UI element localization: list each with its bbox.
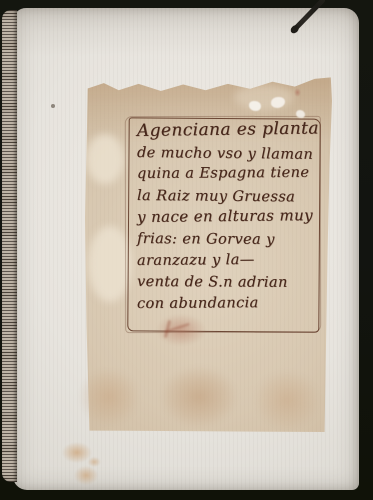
red-speck <box>294 88 301 97</box>
note-bottom-stain <box>160 366 238 428</box>
note-light-spot <box>86 134 124 184</box>
slide-photograph: Agenciana es planta de mucho vso y llama… <box>0 0 373 500</box>
book-binding-edge <box>2 10 17 482</box>
paper-damage-chip <box>296 110 305 118</box>
manuscript-line: quina a Espagna tiene <box>137 163 315 186</box>
note-bottom-stain <box>78 368 140 426</box>
handwritten-text-block: Agenciana es planta de mucho vso y llama… <box>137 121 315 315</box>
faded-red-scribble <box>156 314 206 346</box>
manuscript-line: y nace en alturas muy <box>137 206 315 229</box>
note-light-spot <box>234 84 294 110</box>
manuscript-line: venta de S.n adrian <box>137 272 315 295</box>
manuscript-line: con abundancia <box>137 293 315 316</box>
paper-damage-chip <box>249 101 261 111</box>
dark-speck <box>51 104 55 108</box>
manuscript-line: frias: en Gorvea y <box>137 229 315 252</box>
manuscript-line: aranzazu y la— <box>137 249 315 272</box>
page-corner-stain <box>56 438 114 490</box>
manuscript-line: Agenciana es planta <box>137 119 315 143</box>
note-bottom-stain <box>254 370 320 430</box>
